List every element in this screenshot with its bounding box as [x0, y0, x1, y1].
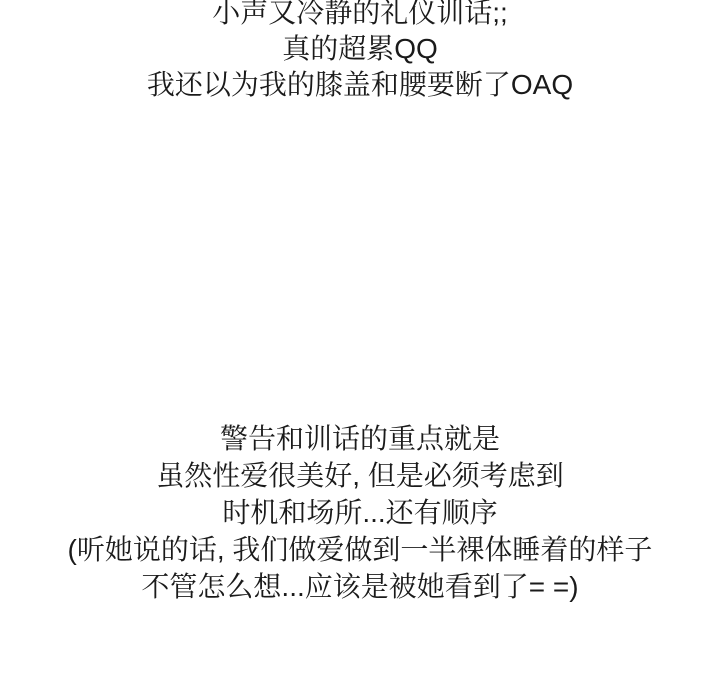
caption-line: 虽然性爱很美好, 但是必须考虑到	[0, 457, 720, 494]
caption-line: 我还以为我的膝盖和腰要断了OAQ	[0, 67, 720, 103]
caption-line: (听她说的话, 我们做爱做到一半裸体睡着的样子	[0, 531, 720, 568]
caption-line: 时机和场所...还有顺序	[0, 494, 720, 531]
caption-line: 小声又冷静的礼仪训话;;	[0, 0, 720, 31]
caption-line: 警告和训话的重点就是	[0, 420, 720, 457]
middle-caption-block: 警告和训话的重点就是 虽然性爱很美好, 但是必须考虑到 时机和场所...还有顺序…	[0, 420, 720, 605]
caption-line: 真的超累QQ	[0, 31, 720, 67]
top-caption-block: 小声又冷静的礼仪训话;; 真的超累QQ 我还以为我的膝盖和腰要断了OAQ	[0, 0, 720, 103]
caption-line: 不管怎么想...应该是被她看到了= =)	[0, 568, 720, 605]
webtoon-page: 小声又冷静的礼仪训话;; 真的超累QQ 我还以为我的膝盖和腰要断了OAQ 警告和…	[0, 0, 720, 700]
